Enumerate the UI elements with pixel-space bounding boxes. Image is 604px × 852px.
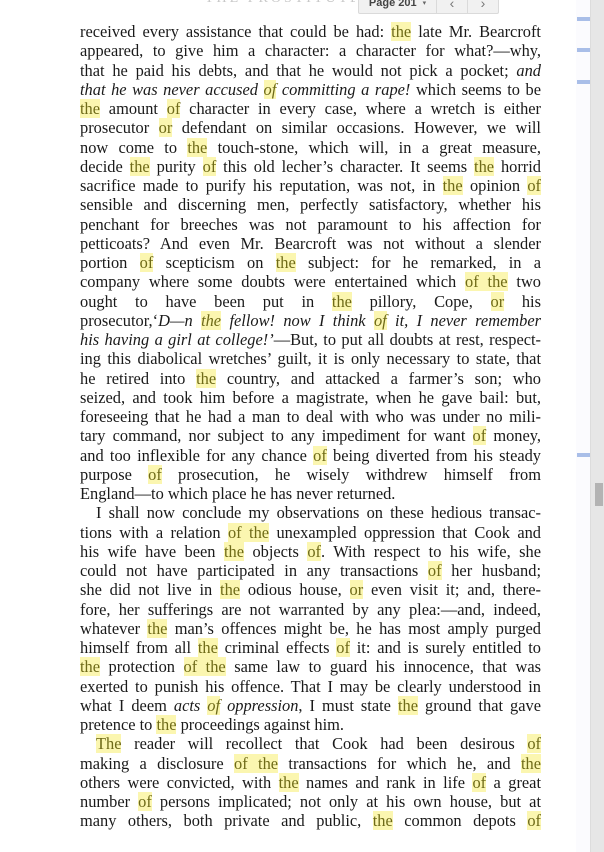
search-highlight: of	[527, 176, 541, 195]
text-line: company where some doubts were entertain…	[80, 272, 541, 291]
search-highlight: of	[203, 157, 217, 176]
search-hit-marker[interactable]	[577, 17, 590, 21]
next-page-button[interactable]: ›	[468, 0, 499, 14]
text-line: pretence to the proceedings against him.	[80, 715, 541, 734]
text-line: she did not live in the odious house, or…	[80, 580, 541, 599]
text-line: The reader will recollect that Cook had …	[80, 734, 541, 753]
search-highlight: of	[473, 426, 487, 445]
scrollbar-thumb[interactable]	[595, 483, 603, 506]
text-span: transactions for which he, and	[278, 754, 521, 773]
search-highlight: the	[130, 157, 150, 176]
text-line: number of persons implicated; not only a…	[80, 792, 541, 811]
text-line: prosecutor or defendant on similar occas…	[80, 118, 541, 137]
search-highlight: the	[147, 619, 167, 638]
search-highlight: the	[220, 580, 240, 599]
text-line: making a disclosure of the transactions …	[80, 754, 541, 773]
text-line: purpose of prosecution, he wisely withdr…	[80, 465, 541, 484]
text-span: character in every case, where a wretch …	[180, 99, 541, 118]
text-line: he retired into the country, and attacke…	[80, 369, 541, 388]
text-span: now come to	[80, 138, 187, 157]
search-highlight: of	[527, 811, 541, 830]
page-navigation-toolbar: Page 201 ▾ ‹ ›	[358, 0, 499, 14]
text-line: the protection of the same law to guard …	[80, 657, 541, 676]
text-span: being diverted from his steady	[327, 446, 541, 465]
text-span: making a disclosure	[80, 754, 234, 773]
search-highlight: the	[276, 253, 296, 272]
text-line: fore, her sufferings are not warranted b…	[80, 600, 541, 619]
text-span: purity	[150, 157, 203, 176]
text-span: man’s offences might be, he has most amp…	[167, 619, 541, 638]
text-span: and	[516, 61, 541, 80]
text-span: and too inflexible for any chance	[80, 446, 313, 465]
text-span: purpose	[80, 465, 148, 484]
text-span: subject: for he remarked, in a	[296, 253, 541, 272]
text-span: his having a girl at college!’	[80, 330, 274, 349]
search-highlight: the	[156, 715, 176, 734]
text-span: scepticism on	[153, 253, 275, 272]
text-span: two	[508, 272, 541, 291]
text-line: the amount of character in every case, w…	[80, 99, 541, 118]
text-span: persons implicated; not only at his own …	[152, 792, 541, 811]
search-highlight: of	[374, 311, 387, 330]
text-span: she did not live in	[80, 580, 220, 599]
search-highlight: of the	[184, 657, 226, 676]
text-span: fore, her sufferings are not warranted b…	[80, 600, 541, 619]
text-span: defendant on similar occasions. However,…	[172, 118, 541, 137]
text-span: ought to have been put in	[80, 292, 332, 311]
text-line: his wife have been the objects of. With …	[80, 542, 541, 561]
search-highlight: of the	[465, 272, 508, 291]
text-span: I shall now conclude my observations on …	[96, 503, 541, 522]
text-line: sensible and discerning men, perfectly s…	[80, 195, 541, 214]
text-line: could not have participated in any trans…	[80, 561, 541, 580]
text-span: tions with a relation	[80, 523, 228, 542]
text-line: ing this diabolical wretches’ guilt, it …	[80, 349, 541, 368]
search-highlight: of	[148, 465, 162, 484]
page-select-dropdown[interactable]: Page 201 ▾	[358, 0, 437, 14]
previous-page-button[interactable]: ‹	[437, 0, 468, 14]
text-span: portion	[80, 253, 140, 272]
text-span: fellow! now I think	[221, 311, 374, 330]
text-span: England—to which place he has never retu…	[80, 484, 395, 503]
text-span: whatever	[80, 619, 147, 638]
text-span: his wife have been	[80, 542, 224, 561]
search-highlight: the	[332, 292, 352, 311]
text-span: pillory, Cope,	[352, 292, 491, 311]
text-span: it: and is surely entitled to	[350, 638, 541, 657]
search-highlight: the	[443, 176, 463, 195]
text-span: prosecutor	[80, 118, 159, 137]
search-highlight: of	[336, 638, 350, 657]
text-span: company where some doubts were entertain…	[80, 272, 465, 291]
search-highlight: of the	[234, 754, 278, 773]
text-line: prosecutor,‘D—n the fellow! now I think …	[80, 311, 541, 330]
text-line: portion of scepticism on the subject: fo…	[80, 253, 541, 272]
text-span: penchant for breeches was not paramount …	[80, 215, 541, 234]
text-span: ing this diabolical wretches’ guilt, it …	[80, 349, 541, 368]
text-span: received every assistance that could be …	[80, 22, 391, 41]
text-span: odious house,	[240, 580, 349, 599]
text-span: pretence to	[80, 715, 156, 734]
text-line: seized, and took him before a magistrate…	[80, 388, 541, 407]
text-span: objects	[244, 542, 307, 561]
text-span: it, I never remember	[387, 311, 541, 330]
text-span: seized, and took him before a magistrate…	[80, 388, 541, 407]
text-line: received every assistance that could be …	[80, 22, 541, 41]
text-span: sensible and discerning men, perfectly s…	[80, 195, 541, 214]
search-highlight: or	[350, 580, 364, 599]
text-span: could not have participated in any trans…	[80, 561, 428, 580]
text-span: reader will recollect that Cook had been…	[121, 734, 527, 753]
text-span: criminal effects	[218, 638, 336, 657]
text-span: sacrifice made to purify his reputation,…	[80, 176, 443, 195]
search-highlight: or	[491, 292, 505, 311]
text-span: decide	[80, 157, 130, 176]
text-span: petticoats? And even Mr. Bearcroft was n…	[80, 234, 541, 253]
search-highlight: of	[472, 773, 486, 792]
search-highlight: the	[187, 138, 207, 157]
text-span: country, and attacked a farmer’s son; wh…	[216, 369, 541, 388]
search-highlight: of	[167, 99, 181, 118]
search-highlight: the	[279, 773, 299, 792]
text-span: prosecutor,‘	[80, 311, 158, 330]
search-hit-strip	[576, 0, 590, 852]
text-span: opinion	[463, 176, 528, 195]
text-line: himself from all the criminal effects of…	[80, 638, 541, 657]
search-highlight: the	[398, 696, 418, 715]
chevron-right-icon: ›	[481, 0, 486, 11]
scrollbar-track[interactable]	[590, 0, 604, 852]
text-span: himself from all	[80, 638, 198, 657]
text-span: money,	[486, 426, 541, 445]
text-line: tary command, nor subject to any impedim…	[80, 426, 541, 445]
text-line: others were convicted, with the names an…	[80, 773, 541, 792]
text-span: this old lecher’s character. It seems	[216, 157, 474, 176]
text-line: his having a girl at college!’—But, to p…	[80, 330, 541, 349]
text-span: . With respect to his wife, she	[321, 542, 541, 561]
text-span: that he was never accused	[80, 80, 264, 99]
text-span: proceedings against him.	[176, 715, 344, 734]
text-span: he retired into	[80, 369, 196, 388]
text-line: sacrifice made to purify his reputation,…	[80, 176, 541, 195]
search-highlight: The	[96, 734, 121, 753]
search-highlight: of	[313, 446, 327, 465]
text-span: acts	[174, 696, 207, 715]
search-highlight: the	[391, 22, 411, 41]
search-highlight: the	[201, 311, 221, 330]
text-span: her husband;	[442, 561, 541, 580]
text-span: names and rank in life	[299, 773, 473, 792]
text-line: and too inflexible for any chance of bei…	[80, 446, 541, 465]
search-highlight: of	[307, 542, 321, 561]
text-span: same law to guard his innocence, that wa…	[226, 657, 541, 676]
text-line: exerted to punish his offence. That I ma…	[80, 677, 541, 696]
text-span: exerted to punish his offence. That I ma…	[80, 677, 541, 696]
search-highlight: of	[264, 80, 277, 99]
text-line: tions with a relation of the unexampled …	[80, 523, 541, 542]
chevron-down-icon: ▾	[423, 0, 427, 9]
search-highlight: the	[196, 369, 216, 388]
search-highlight: or	[159, 118, 173, 137]
text-span: a great	[486, 773, 541, 792]
book-page-text: received every assistance that could be …	[80, 22, 541, 831]
text-span: others were convicted, with	[80, 773, 279, 792]
search-highlight: the	[80, 657, 100, 676]
text-line: foreseeing that he had a man to deal wit…	[80, 407, 541, 426]
search-hit-marker[interactable]	[577, 48, 590, 52]
text-span: unexampled oppression that Cook and	[269, 523, 541, 542]
text-span: many others, both private and public,	[80, 811, 373, 830]
search-highlight: the	[474, 157, 494, 176]
search-highlight: of	[140, 253, 154, 272]
text-line: now come to the touch-stone, which will,…	[80, 138, 541, 157]
text-line: petticoats? And even Mr. Bearcroft was n…	[80, 234, 541, 253]
text-span: even visit it; and, there-	[363, 580, 541, 599]
search-highlight: the	[198, 638, 218, 657]
text-line: many others, both private and public, th…	[80, 811, 541, 830]
text-span: tary command, nor subject to any impedim…	[80, 426, 473, 445]
text-span: oppression	[220, 696, 298, 715]
text-line: what I deem acts of oppression, I must s…	[80, 696, 541, 715]
text-span: common depots	[393, 811, 528, 830]
search-highlight: the	[373, 811, 393, 830]
text-span: prosecution, he wisely withdrew himself …	[162, 465, 541, 484]
page-select-label: Page 201	[369, 0, 417, 9]
text-span: ground that gave	[418, 696, 541, 715]
text-span: his	[504, 292, 541, 311]
text-span: amount	[100, 99, 167, 118]
text-line: decide the purity of this old lecher’s c…	[80, 157, 541, 176]
text-span: that he paid his debts, and that he woul…	[80, 61, 516, 80]
search-highlight: of	[428, 561, 442, 580]
search-highlight: of the	[228, 523, 269, 542]
search-highlight: the	[521, 754, 541, 773]
text-line: ought to have been put in the pillory, C…	[80, 292, 541, 311]
text-line: appeared, to give him a character: a cha…	[80, 41, 541, 60]
text-line: that he was never accused of committing …	[80, 80, 541, 99]
text-span: —But, to put all doubts at rest, respect…	[274, 330, 541, 349]
text-line: that he paid his debts, and that he woul…	[80, 61, 541, 80]
text-line: penchant for breeches was not paramount …	[80, 215, 541, 234]
text-span: appeared, to give him a character: a cha…	[80, 41, 541, 60]
text-line: England—to which place he has never retu…	[80, 484, 541, 503]
text-span: foreseeing that he had a man to deal wit…	[80, 407, 541, 426]
text-span: D—n	[158, 311, 201, 330]
search-highlight: the	[224, 542, 244, 561]
text-line: whatever the man’s offences might be, he…	[80, 619, 541, 638]
search-highlight: the	[80, 99, 100, 118]
text-span: horrid	[494, 157, 541, 176]
text-span: what I deem	[80, 696, 174, 715]
text-span: which seems to be	[410, 80, 541, 99]
search-hit-marker[interactable]	[577, 80, 590, 84]
search-highlight: of	[138, 792, 152, 811]
running-head: THE PROSTITUTE	[205, 0, 355, 7]
text-span: number	[80, 792, 138, 811]
text-span: , I must state	[298, 696, 398, 715]
search-highlight: of	[527, 734, 541, 753]
search-hit-marker[interactable]	[577, 453, 590, 457]
text-span: late Mr. Bearcroft	[411, 22, 541, 41]
text-line: I shall now conclude my observations on …	[80, 503, 541, 522]
search-highlight: of	[207, 696, 220, 715]
text-span: touch-stone, which will, in a great meas…	[207, 138, 541, 157]
text-span: committing a rape!	[276, 80, 410, 99]
chevron-left-icon: ‹	[450, 0, 455, 11]
text-span: protection	[100, 657, 183, 676]
